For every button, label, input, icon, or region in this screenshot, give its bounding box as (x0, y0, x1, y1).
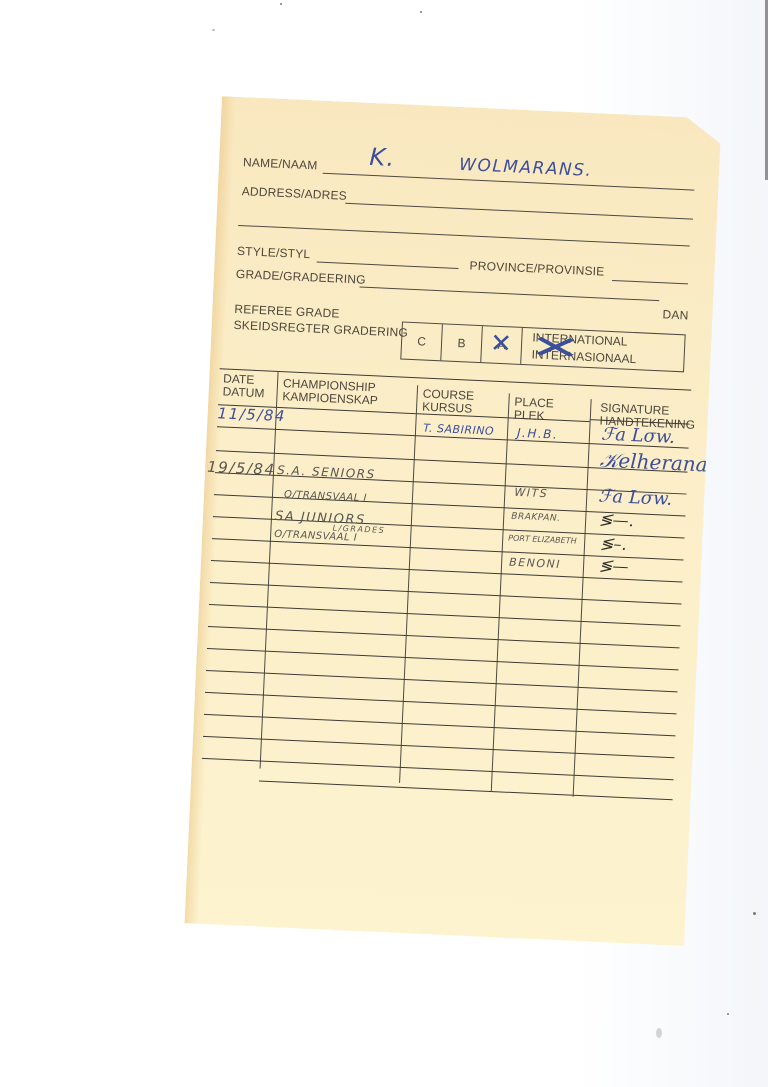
dan-label: DAN (662, 307, 689, 322)
row4-championship: O/TRANSVAAL I (284, 489, 367, 504)
referee-grade-box: C B A ✕ INTERNATIONAL INTERNASIONAAL ✕ (400, 321, 685, 372)
row6-place: BENONI (509, 556, 561, 571)
grade-underline (359, 287, 659, 302)
row3-signature: ℱa Lσw. (598, 486, 673, 510)
row-line (206, 670, 678, 692)
row1-date: 11/5/84 (217, 404, 286, 425)
dust-speck (212, 29, 215, 31)
row5-place: PORT ELIZABETH (508, 534, 577, 546)
dust-speck (753, 912, 756, 915)
dust-speck (280, 3, 282, 5)
row3-championship: S.A. SENIORS (277, 463, 376, 481)
name-initial: K. (369, 143, 397, 172)
row2-signature: 𝒦elherana (599, 448, 708, 477)
row-line (203, 736, 675, 758)
row-line (204, 714, 676, 736)
row1-place: J.H.B. (517, 426, 559, 442)
header-date: DATEDATUM (222, 372, 265, 400)
style-underline (317, 262, 459, 269)
row-line (202, 758, 674, 780)
grade-label: GRADE/GRADEERING (236, 267, 366, 287)
row4-signature: ≶—. (599, 510, 634, 531)
address-label: ADDRESS/ADRES (241, 184, 347, 203)
address-underline-2 (238, 225, 690, 247)
row-line (208, 626, 680, 648)
column-divider (491, 393, 510, 791)
dust-speck (420, 11, 422, 13)
dust-speck (727, 1013, 729, 1015)
header-championship: CHAMPIONSHIPKAMPIOENSKAP (282, 377, 378, 407)
referee-option-b: B (441, 324, 483, 362)
championship-table: DATEDATUM CHAMPIONSHIPKAMPIOENSKAP COURS… (220, 368, 692, 389)
name-label: NAME/NAAM (243, 155, 318, 172)
row3-date: 19/5/84 (207, 458, 276, 479)
header-course: COURSEKURSUS (422, 388, 474, 416)
row-line (210, 582, 682, 604)
table-bottom-rule (259, 780, 673, 800)
row-line (209, 604, 681, 626)
cross-mark-icon: ✕ (490, 331, 513, 358)
column-divider (260, 371, 279, 769)
row5-signature: ≶–. (600, 534, 627, 554)
row-line (205, 692, 677, 714)
referee-label-af: SKEIDSREGTER GRADERING (233, 318, 408, 340)
dust-speck (656, 1028, 662, 1038)
address-underline (345, 203, 693, 220)
row6-signature: ≶— (599, 556, 629, 576)
row1-signature: ℱa Lσw. (601, 424, 676, 448)
province-label: PROVINCE/PROVINSIE (469, 258, 604, 278)
referee-option-international: INTERNATIONAL INTERNASIONAAL ✕ (521, 328, 684, 371)
grading-card: NAME/NAAM K. WOLMARANS. ADDRESS/ADRES ST… (184, 96, 721, 946)
province-underline (612, 280, 688, 284)
referee-option-a: A ✕ (481, 326, 523, 364)
row4-place: BRAKPAN. (511, 512, 561, 524)
row3-place: WITS (514, 486, 548, 501)
referee-option-c: C (401, 323, 443, 361)
name-surname: WOLMARANS. (459, 155, 593, 181)
style-label: STYLE/STYL (237, 244, 311, 261)
row-line (207, 648, 679, 670)
cross-mark-icon: ✕ (528, 330, 583, 364)
